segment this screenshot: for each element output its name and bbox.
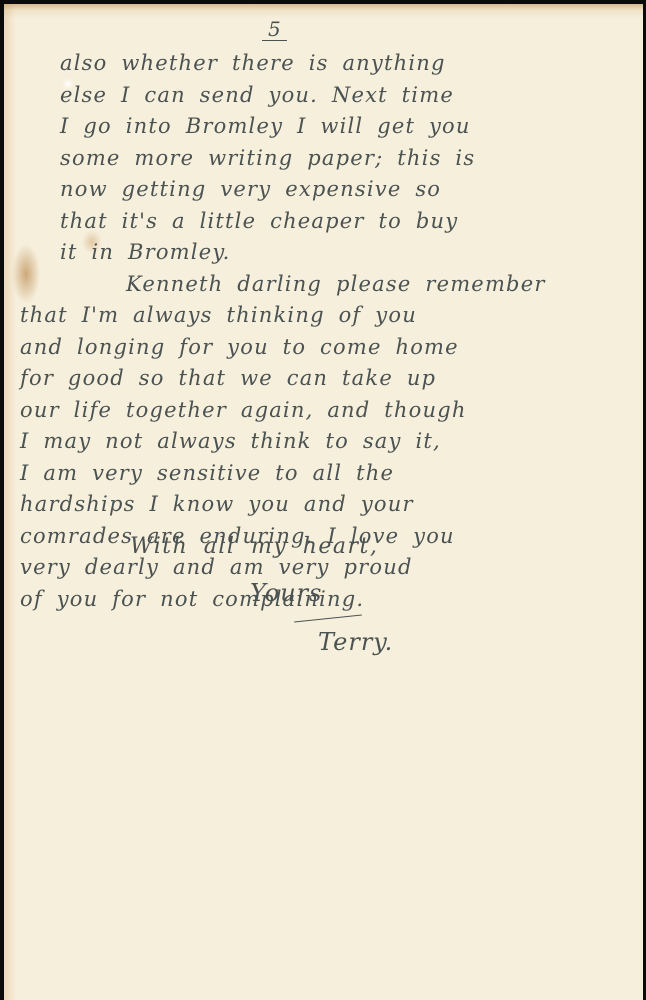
letter-page: 5 also whether there is anything else I … [4, 4, 643, 1000]
letter-line: I go into Bromley I will get you [18, 111, 638, 143]
letter-line: I am very sensitive to all the [18, 458, 638, 490]
letter-line: and longing for you to come home [18, 332, 638, 364]
letter-line: else I can send you. Next time [18, 80, 638, 112]
letter-line: I may not always think to say it, [18, 426, 638, 458]
letter-line: our life together again, and though [18, 395, 638, 427]
letter-line: also whether there is anything [18, 48, 638, 80]
letter-line: hardships I know you and your [18, 489, 638, 521]
page-number: 5 [262, 18, 287, 41]
valediction-underline [294, 614, 362, 622]
letter-line: that I'm always thinking of you [18, 300, 638, 332]
letter-line: that it's a little cheaper to buy [18, 206, 638, 238]
letter-line: now getting very expensive so [18, 174, 638, 206]
letter-line: it in Bromley. [18, 237, 638, 269]
letter-line: some more writing paper; this is [18, 143, 638, 175]
valediction: Yours [250, 579, 322, 607]
letter-line: Kenneth darling please remember [18, 269, 638, 301]
letter-body: also whether there is anything else I ca… [18, 48, 638, 615]
letter-line: for good so that we can take up [18, 363, 638, 395]
signature: Terry. [318, 628, 393, 656]
letter-line: of you for not complaining. [18, 584, 638, 616]
closing-line: With all my heart, [130, 534, 378, 559]
